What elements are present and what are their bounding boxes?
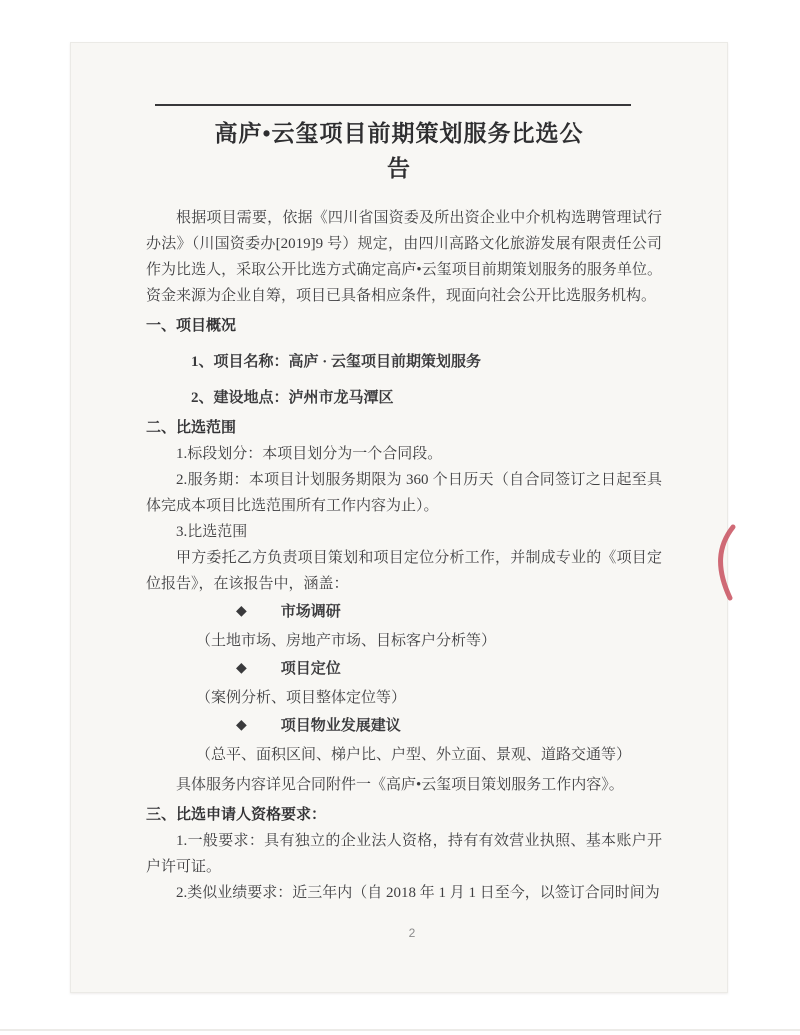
diamond-bullet-icon: ◆: [236, 656, 247, 682]
bullet-item-positioning: ◆项目定位: [146, 656, 662, 683]
document-title: 高庐•云玺项目前期策划服务比选公 告: [139, 116, 659, 186]
scan-page: 高庐•云玺项目前期策划服务比选公 告 根据项目需要，依据《四川省国资委及所出资企…: [70, 42, 728, 993]
section3-heading: 三、比选申请人资格要求：: [146, 802, 662, 828]
selection-scope-label: 3.比选范围: [146, 519, 662, 545]
title-rule: [155, 104, 631, 106]
red-crease-mark: [708, 524, 738, 602]
bullet-item-property-development: ◆项目物业发展建议: [146, 713, 662, 740]
service-period-paragraph: 2.服务期：本项目计划服务期限为 360 个日历天（自合同签订之日起至具体完成本…: [146, 467, 662, 519]
bullet-item-market-research: ◆市场调研: [146, 599, 662, 626]
intro-paragraph: 根据项目需要，依据《四川省国资委及所出资企业中介机构选聘管理试行办法》（川国资委…: [146, 205, 662, 309]
diamond-bullet-icon: ◆: [236, 713, 247, 739]
title-line-2: 告: [139, 151, 659, 186]
scan-bottom-edge: [0, 1029, 800, 1031]
bullet-label: 项目物业发展建议: [281, 718, 401, 734]
section1-heading: 一、项目概况: [146, 313, 662, 339]
bullet-label: 市场调研: [281, 604, 341, 620]
title-line-1: 高庐•云玺项目前期策划服务比选公: [139, 116, 659, 151]
paren-note-property: （总平、面积区间、梯户比、户型、外立面、景观、道路交通等）: [146, 742, 662, 768]
project-name-item: 1、项目名称：高庐 · 云玺项目前期策划服务: [146, 349, 662, 375]
diamond-bullet-icon: ◆: [236, 599, 247, 625]
contract-annex-paragraph: 具体服务内容详见合同附件一《高庐•云玺项目策划服务工作内容》。: [146, 772, 662, 798]
paren-note-positioning: （案例分析、项目整体定位等）: [146, 685, 662, 711]
bullet-label: 项目定位: [281, 661, 341, 677]
page-number: 2: [83, 926, 741, 940]
scope-description-paragraph: 甲方委托乙方负责项目策划和项目定位分析工作，并制成专业的《项目定位报告》，在该报…: [146, 545, 662, 597]
paren-note-market: （土地市场、房地产市场、目标客户分析等）: [146, 628, 662, 654]
lot-division-paragraph: 1.标段划分：本项目划分为一个合同段。: [146, 441, 662, 467]
section2-heading: 二、比选范围: [146, 415, 662, 441]
document-body: 根据项目需要，依据《四川省国资委及所出资企业中介机构选聘管理试行办法》（川国资委…: [146, 205, 662, 906]
general-requirement-paragraph: 1.一般要求：具有独立的企业法人资格，持有有效营业执照、基本账户开户许可证。: [146, 828, 662, 880]
performance-requirement-paragraph: 2.类似业绩要求：近三年内（自 2018 年 1 月 1 日至今，以签订合同时间…: [146, 880, 662, 906]
location-item: 2、建设地点：泸州市龙马潭区: [146, 385, 662, 411]
